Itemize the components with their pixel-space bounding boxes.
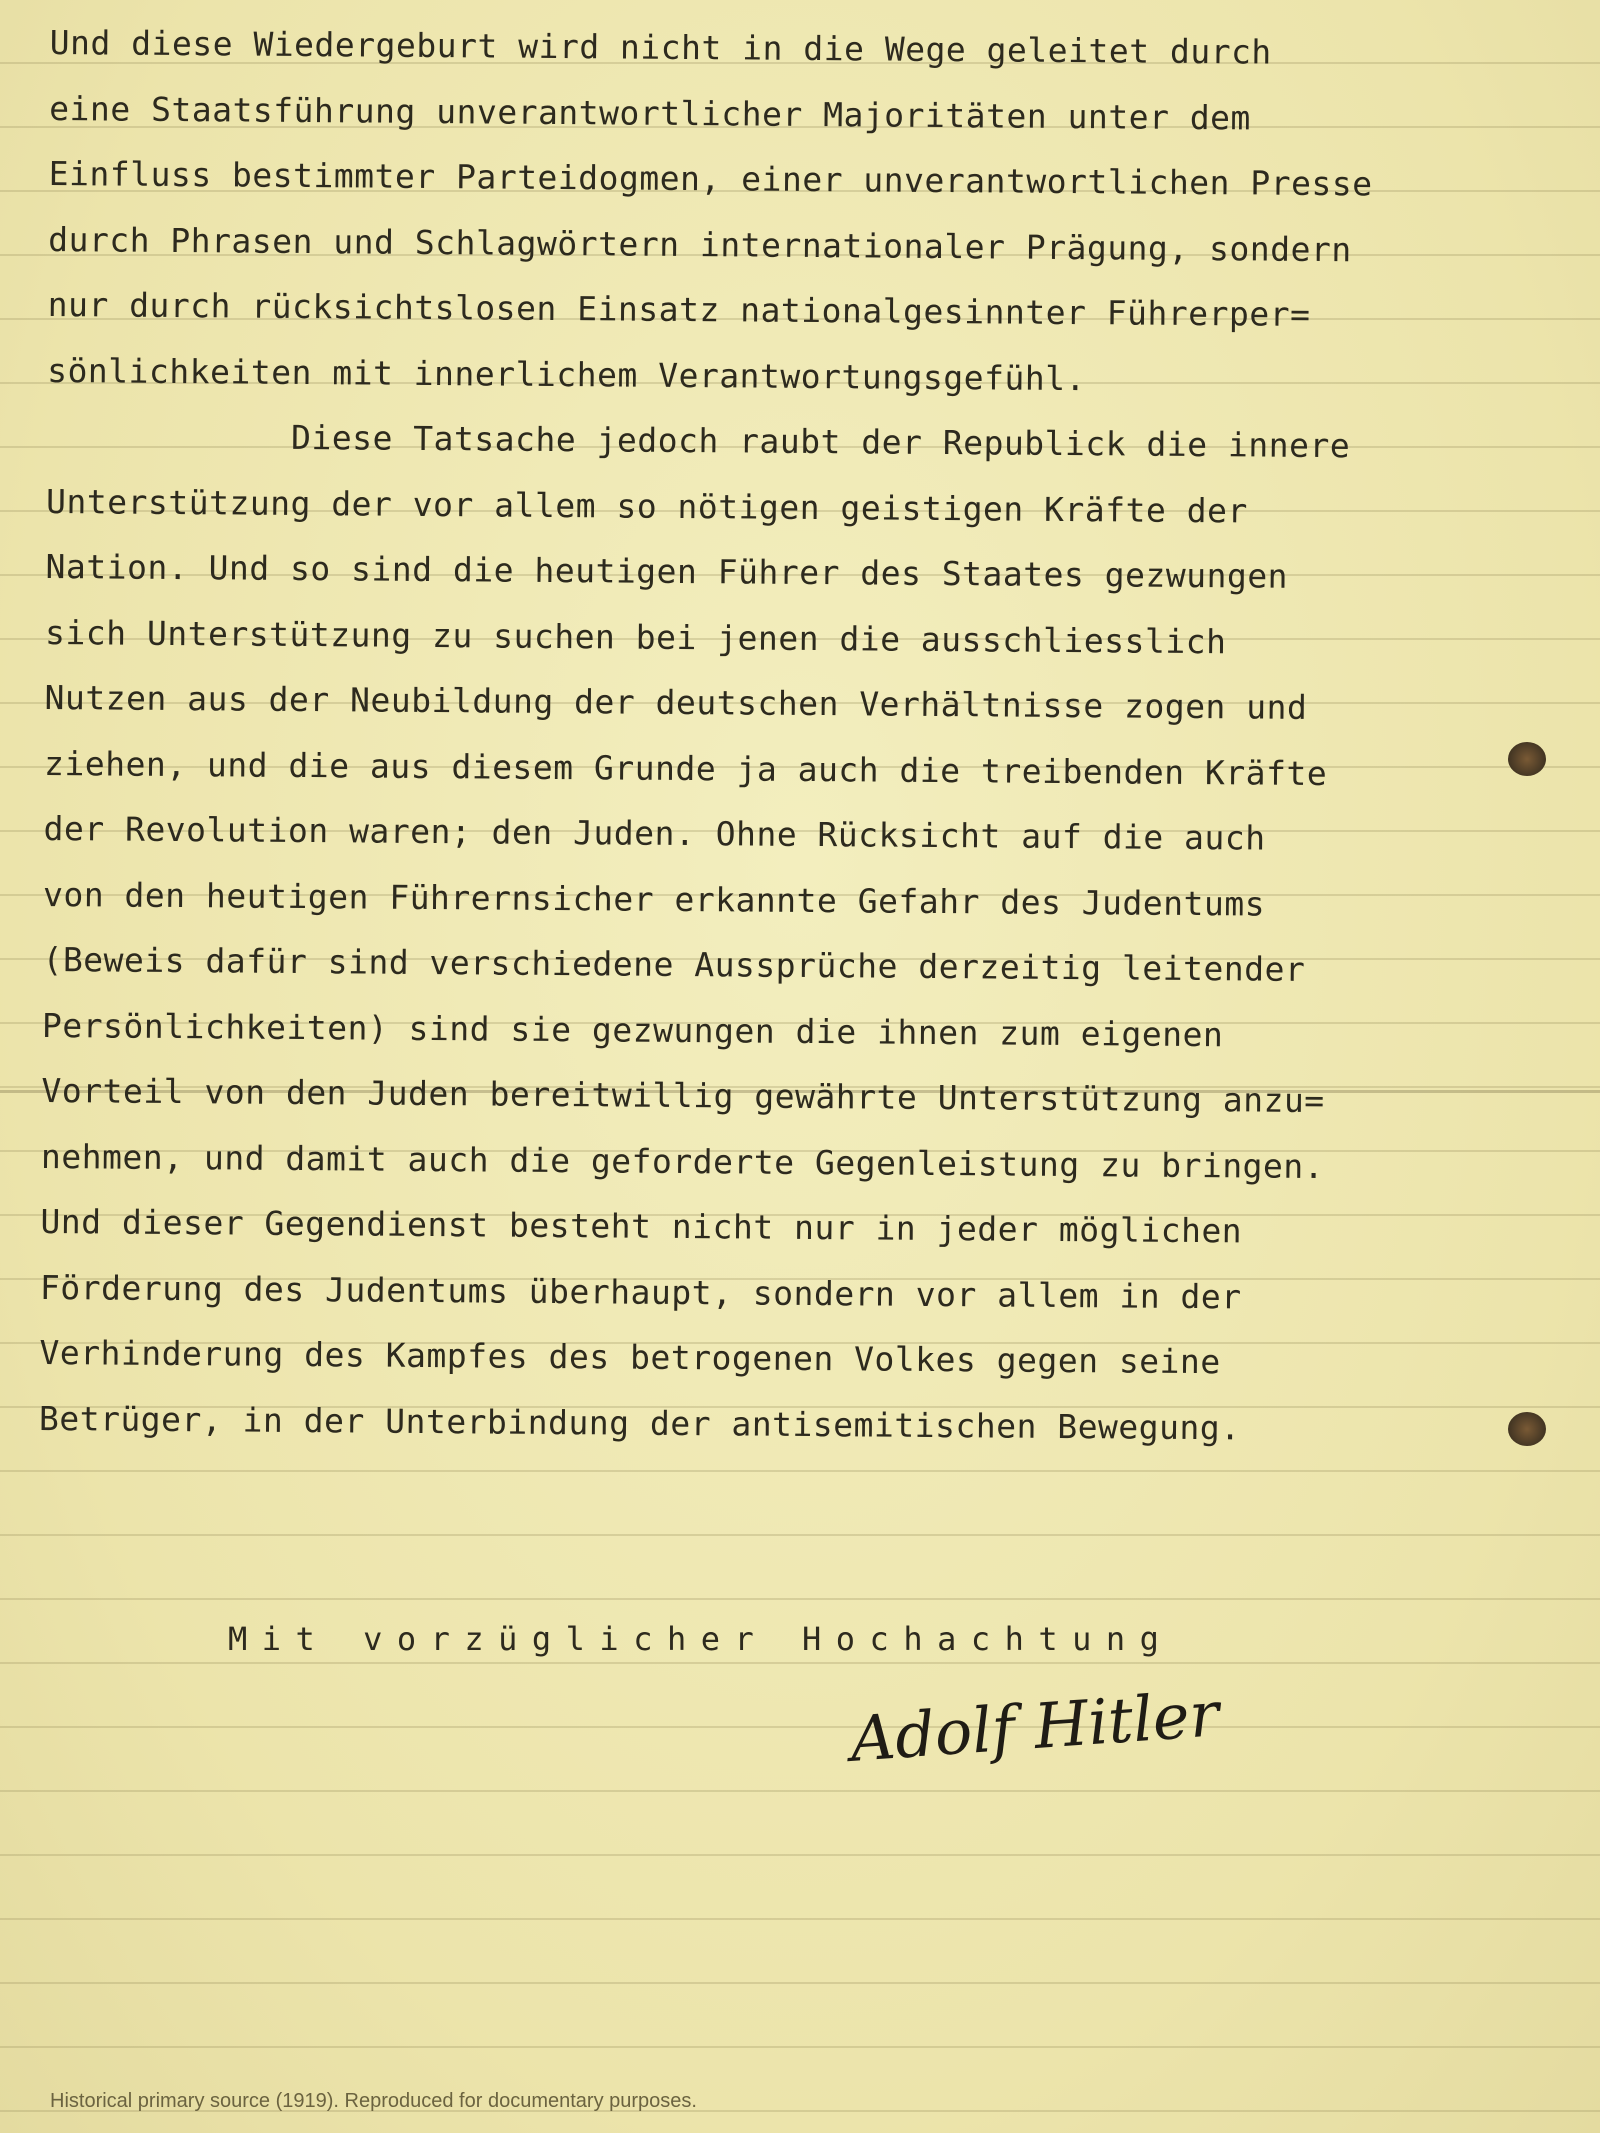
letter-line: Vorteil von den Juden bereitwillig gewäh… [41,1058,1561,1135]
letter-line: Diese Tatsache jedoch raubt der Republic… [46,403,1566,480]
letter-line: der Revolution waren; den Juden. Ohne Rü… [43,796,1563,873]
punch-hole [1508,742,1546,776]
letter-line: Betrüger, in der Unterbindung der antise… [39,1385,1559,1462]
letter-line: Und dieser Gegendienst besteht nicht nur… [40,1189,1560,1266]
letter-line: Förderung des Judentums überhaupt, sonde… [40,1254,1560,1331]
letter-line: von den heutigen Führernsicher erkannte … [43,861,1563,938]
letter-closing: Mit vorzüglicher Hochachtung [228,1620,1173,1658]
letter-line: (Beweis dafür sind verschiedene Aussprüc… [42,927,1562,1004]
letter-line: sönlichkeiten mit innerlichem Verantwort… [47,337,1567,414]
letter-line: nehmen, und damit auch die geforderte Ge… [41,1123,1561,1200]
letter-line: Einfluss bestimmter Parteidogmen, einer … [48,141,1568,218]
letter-line: Unterstützung der vor allem so nötigen g… [46,468,1566,545]
letter-line: eine Staatsführung unverantwortlicher Ma… [49,75,1569,152]
letter-line: durch Phrasen und Schlagwörtern internat… [48,206,1568,283]
letter-line: Verhinderung des Kampfes des betrogenen … [39,1320,1559,1397]
letter-line: ziehen, und die aus diesem Grunde ja auc… [44,730,1564,807]
letter-line: Persönlichkeiten) sind sie gezwungen die… [42,992,1562,1069]
letter-line: Nutzen aus der Neubildung der deutschen … [44,665,1564,742]
letter-line: Und diese Wiedergeburt wird nicht in die… [49,10,1569,87]
archival-caption: Historical primary source (1919). Reprod… [50,2090,697,2113]
punch-hole [1508,1412,1546,1446]
letter-body: Und diese Wiedergeburt wird nicht in die… [39,10,1570,1463]
letter-line: Nation. Und so sind die heutigen Führer … [45,534,1565,611]
letter-line: nur durch rücksichtslosen Einsatz nation… [47,272,1567,349]
letter-line: sich Unterstützung zu suchen bei jenen d… [45,599,1565,676]
